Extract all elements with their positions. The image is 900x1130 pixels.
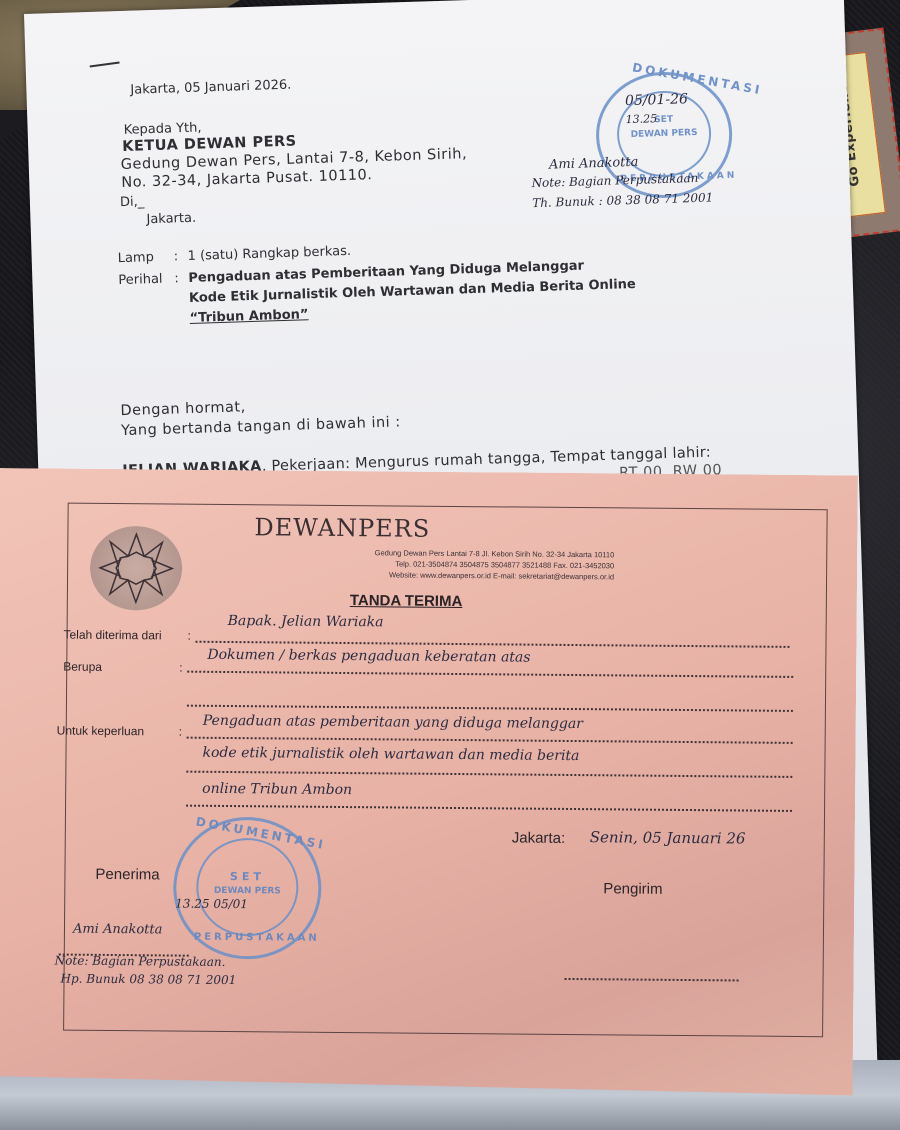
field-purpose-value-3: online Tribun Ambon [202,781,352,798]
letter-city: Jakarta. [146,211,196,228]
field-form-line-2 [187,705,793,712]
receipt-form: DEWANPERS Gedung Dewan Pers Lantai 7-8 J… [0,468,858,1095]
receipt-title: TANDA TERIMA [350,592,463,610]
receipt-note-phone: Hp. Bunuk 08 38 08 71 2001 [60,972,236,988]
org-address: Gedung Dewan Pers Lantai 7-8 Jl. Kebon S… [294,548,614,560]
field-purpose-value-1: Pengaduan atas pemberitaan yang diduga m… [203,713,583,732]
perihal-label: Perihal [118,272,163,288]
field-form-line [187,671,793,678]
lamp-label: Lamp [117,250,154,266]
lamp-value: 1 (satu) Rangkap berkas. [187,244,351,264]
field-purpose-label: Untuk keperluan [57,724,145,739]
receipt-stamp-ring-bottom: PERPUSTAKAAN [194,932,320,944]
stamp-handwritten-date: 05/01-26 [625,91,688,109]
receipt-note-name: Ami Anakotta [73,922,163,938]
arrows-star-icon [90,526,183,611]
receipt-stamp-center-top: SET [176,870,318,884]
receipt-note-dept: Note: Bagian Perpustakaan. [55,953,226,968]
place-date-label: Jakarta: [512,829,566,846]
field-form-value: Dokumen / berkas pengaduan keberatan ata… [207,647,530,666]
org-name: DEWANPERS [254,513,430,543]
field-purpose-line-2 [186,771,792,778]
sender-signature-line[interactable] [565,978,739,982]
stamp-handwritten-time: 13.25 [625,112,657,126]
field-form-label: Berupa [63,660,102,674]
field-purpose-value-2: kode etik jurnalistik oleh wartawan dan … [202,745,579,764]
sender-label: Pengirim [603,880,662,898]
field-received-from-value: Bapak. Jelian Wariaka [228,613,384,630]
perihal-line3: “Tribun Ambon” [189,307,308,326]
letter-note-name: Ami Anakotta [549,155,639,173]
receipt-stamp: DOKUMENTASI SET DEWAN PERS PERPUSTAKAAN [173,817,322,960]
receipt-stamp-center-bottom: DEWAN PERS [176,886,318,897]
org-phone: Telp. 021-3504874 3504875 3504877 352148… [294,559,614,571]
dewan-pers-logo [90,526,183,611]
org-web: Website: www.dewanpers.or.id E-mail: sek… [294,570,614,582]
letter-di: Di,_ [120,194,145,210]
letter-date: Jakarta, 05 Januari 2026. [130,78,291,98]
pen-mark [90,61,120,67]
receipt-stamp-handwritten: 13.25 05/01 [175,897,248,912]
field-received-from-label: Telah diterima dari [63,628,161,643]
receipt-frame: DEWANPERS Gedung Dewan Pers Lantai 7-8 J… [63,503,828,1038]
field-purpose-line-3 [186,805,792,812]
letter-note-phone: Th. Bunuk : 08 38 08 71 2001 [532,190,714,210]
letter-to-greeting: Kepada Yth, [123,120,201,137]
letter-salutation: Dengan hormat, [120,399,246,419]
letter-intro: Yang bertanda tangan di bawah ini : [121,414,401,439]
receiver-label: Penerima [95,866,159,884]
place-date-value: Senin, 05 Januari 26 [590,828,746,847]
field-purpose-line-1 [187,737,793,744]
